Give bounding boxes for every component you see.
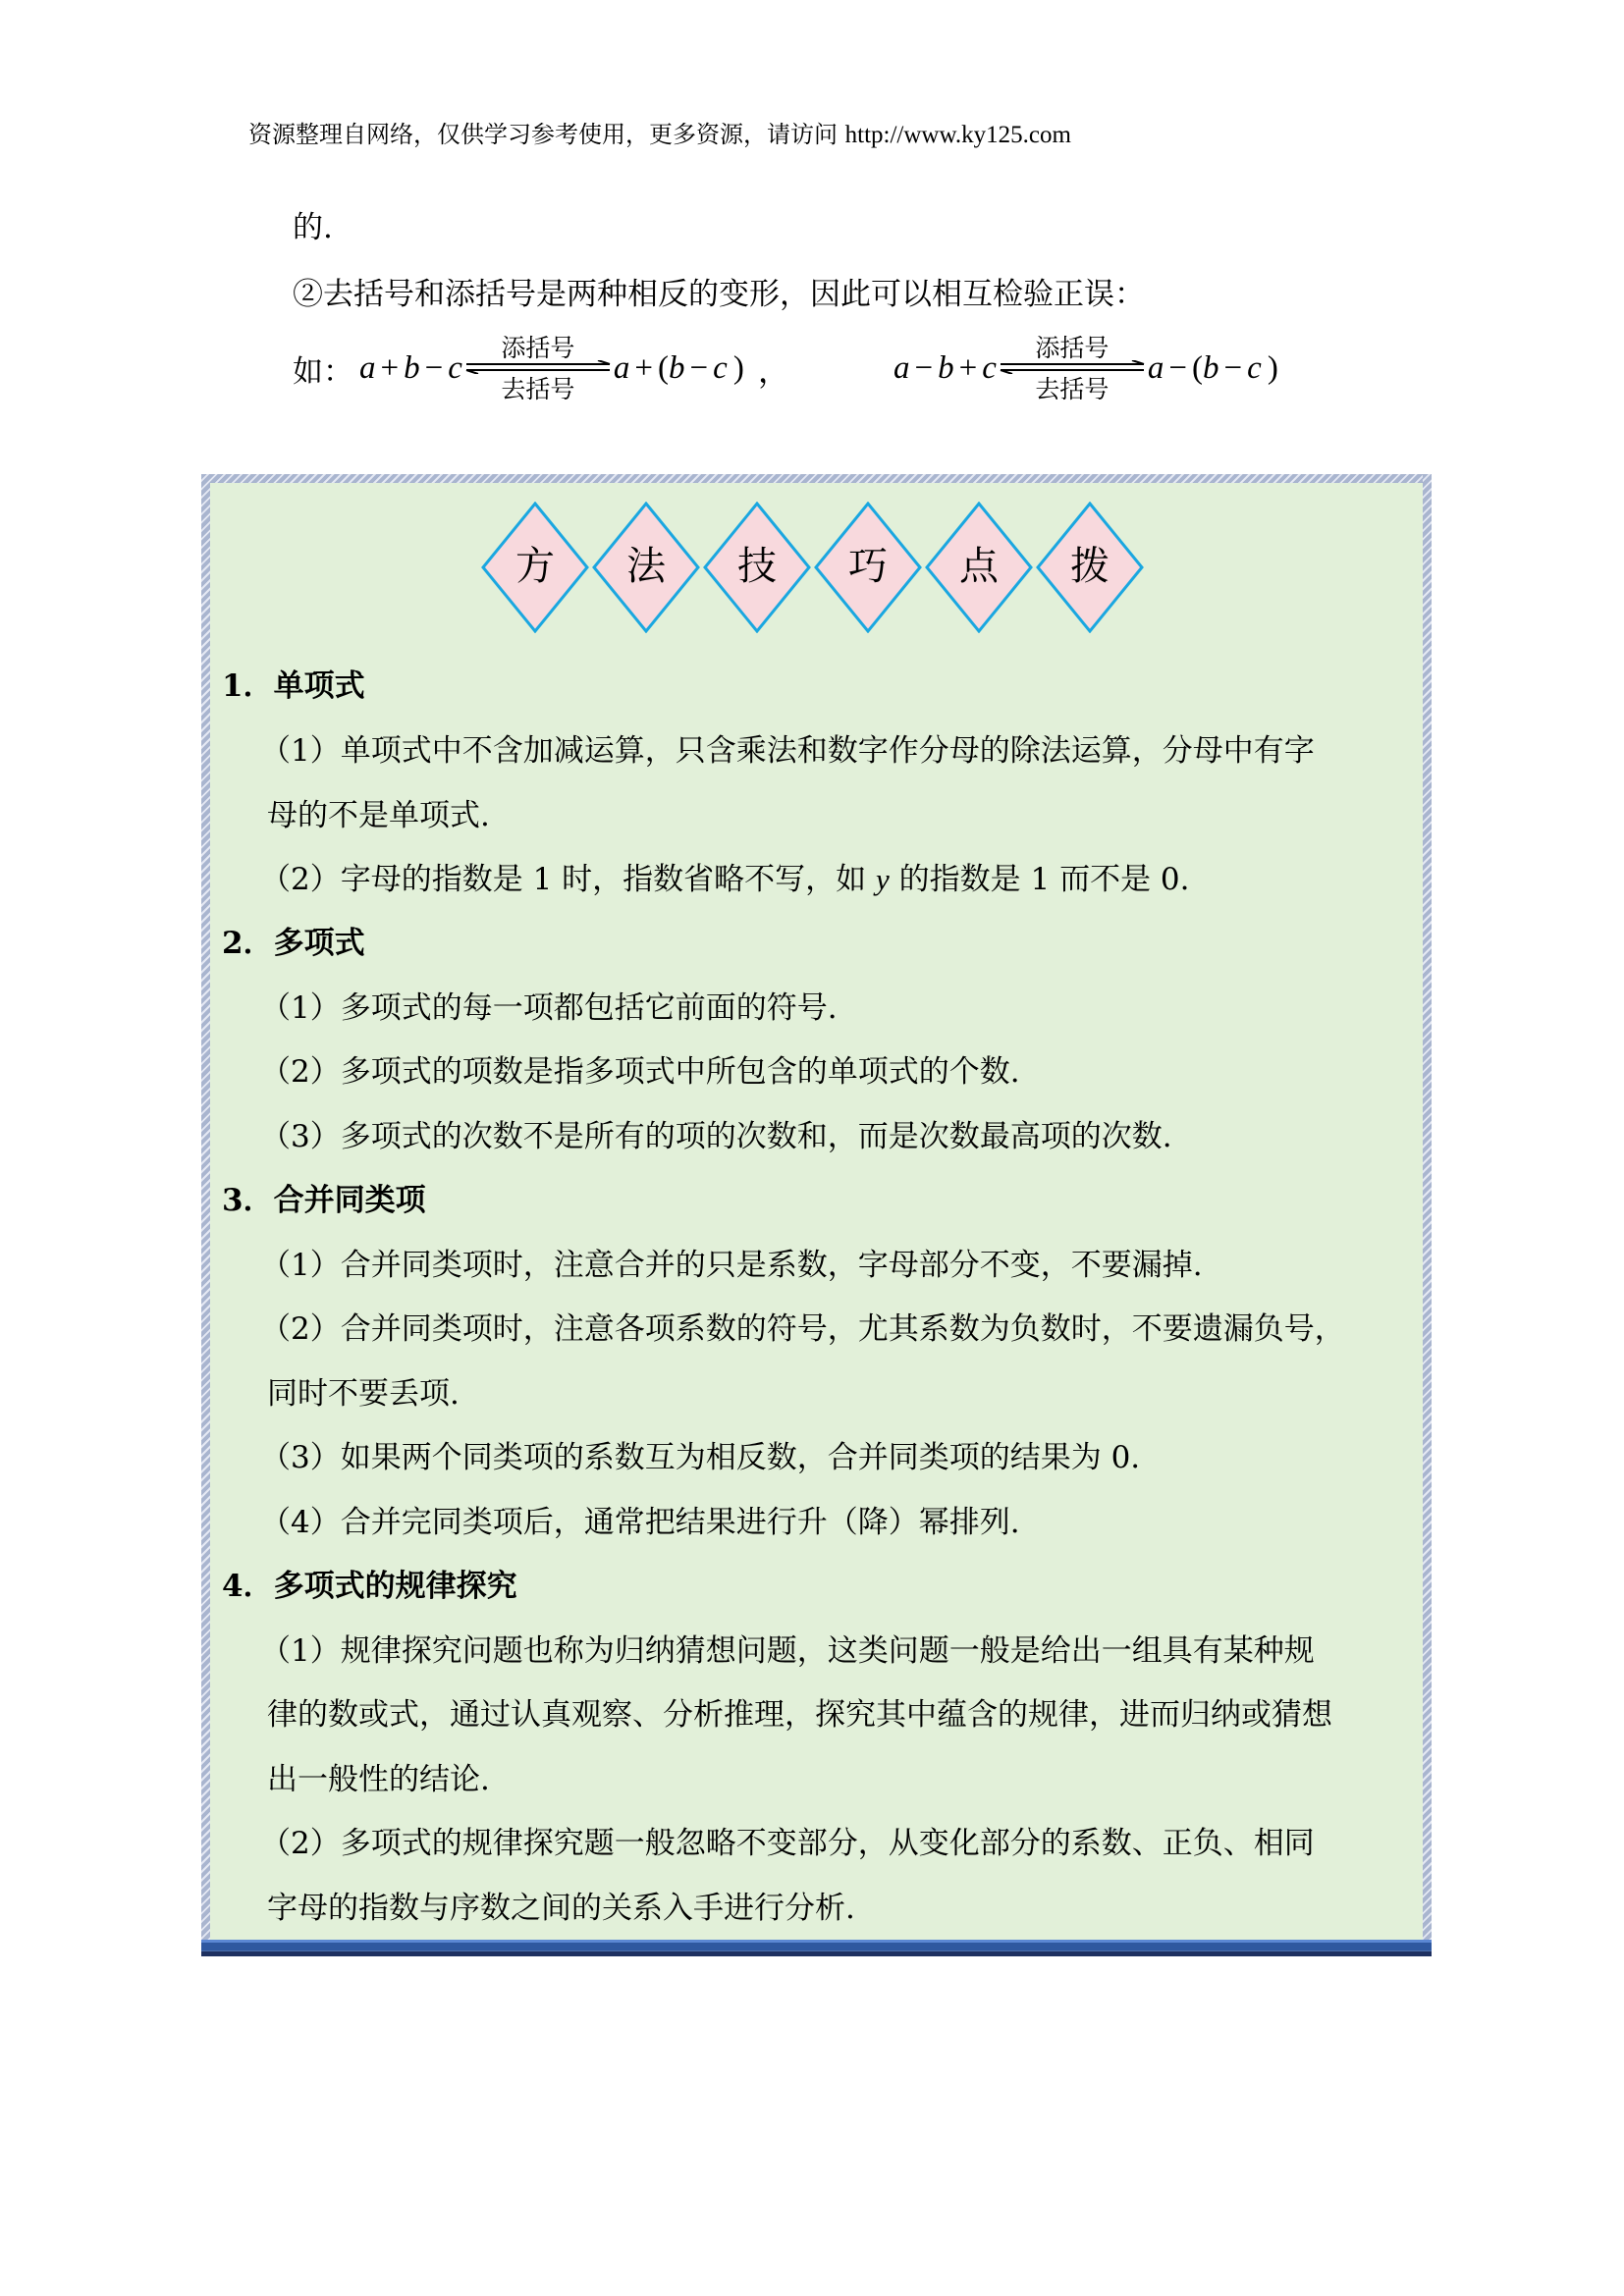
title-char: 方 [481, 543, 589, 590]
title-char: 法 [592, 543, 700, 590]
double-arrow: 添括号 去括号 [999, 329, 1146, 407]
tip-line: （2）合并同类项时，注意各项系数的符号，尤其系数为负数时，不要遗漏负号， [260, 1309, 1345, 1349]
tip-line: 母的不是单项式. [267, 796, 490, 835]
title-char: 巧 [814, 543, 922, 590]
formula-op: − [685, 350, 714, 387]
title-diamond: 巧 [814, 502, 922, 633]
formula-op: − [420, 350, 449, 387]
title-char: 技 [703, 543, 811, 590]
tip-text: （2）字母的指数是 1 时，指数省略不写，如 [260, 862, 876, 897]
formula-var: a [359, 350, 376, 387]
equilibrium-arrow-icon [464, 360, 612, 374]
tip-line: （2）字母的指数是 1 时，指数省略不写，如 y 的指数是 1 而不是 0. [260, 860, 1190, 899]
title-diamond: 法 [592, 502, 700, 633]
formula-op: − [1219, 350, 1248, 387]
formula-op: − [1164, 350, 1192, 387]
arrow-top-label: 添括号 [999, 335, 1146, 362]
formula-var: c [713, 350, 728, 387]
tip-line: 同时不要丢项. [267, 1374, 460, 1414]
tip-text: 的指数是 1 而不是 0. [890, 862, 1190, 897]
formula-op: − [910, 350, 939, 387]
tip-line: （1）单项式中不含加减运算，只含乘法和数字作分母的除法运算，分母中有字 [260, 731, 1315, 771]
tip-line: （1）多项式的每一项都包括它前面的符号. [260, 988, 838, 1028]
formula-paren: ( [1192, 350, 1203, 387]
arrow-bottom-label: 去括号 [999, 376, 1146, 403]
arrow-bottom-label: 去括号 [464, 376, 612, 403]
tip-line: （4）合并完同类项后，通常把结果进行升（降）幂排列. [260, 1503, 1020, 1542]
double-arrow: 添括号 去括号 [464, 329, 612, 407]
formula-2: a − b + c 添括号 去括号 a − ( b − c ) [893, 329, 1278, 407]
section-heading-combine-like-terms: 3．合并同类项 [222, 1181, 426, 1220]
formula-paren: ) [1262, 350, 1278, 387]
header-note: 资源整理自网络，仅供学习参考使用，更多资源，请访问 http://www.ky1… [248, 120, 1071, 150]
method-tips-box: 方 法 技 巧 点 拨 1．单项式 （1）单项式中不含加减运算，只含乘法和数字作… [201, 474, 1432, 1949]
formula-var: b [669, 350, 685, 387]
arrow-top-label: 添括号 [464, 335, 612, 362]
formula-var: b [404, 350, 420, 387]
section-heading-monomial: 1．单项式 [222, 667, 365, 706]
title-diamond: 技 [703, 502, 811, 633]
hatched-border-top [201, 474, 1432, 483]
formula-comma: ， [744, 346, 790, 392]
formula-var: c [982, 350, 997, 387]
section-heading-polynomial: 2．多项式 [222, 924, 365, 963]
equilibrium-arrow-icon [999, 360, 1146, 374]
formula-var: a [1148, 350, 1164, 387]
formula-1: a + b − c 添括号 去括号 a + ( b − c ) ， [359, 329, 790, 407]
tip-line: 出一般性的结论. [267, 1760, 490, 1799]
formula-op: + [954, 350, 983, 387]
tip-line: （1）合并同类项时，注意合并的只是系数，字母部分不变，不要漏掉. [260, 1246, 1203, 1285]
tip-line: （2）多项式的项数是指多项式中所包含的单项式的个数. [260, 1052, 1020, 1092]
header-note-url[interactable]: http://www.ky125.com [845, 122, 1071, 148]
header-note-text: 资源整理自网络，仅供学习参考使用，更多资源，请访问 [248, 121, 845, 148]
title-diamond: 拨 [1036, 502, 1144, 633]
formula-var: c [448, 350, 462, 387]
example-lead: 如： [293, 347, 353, 391]
title-char: 点 [925, 543, 1033, 590]
tip-line: （3）多项式的次数不是所有的项的次数和，而是次数最高项的次数. [260, 1117, 1172, 1156]
title-diamond: 点 [925, 502, 1033, 633]
formula-paren: ) [728, 350, 744, 387]
section-title-diamonds: 方 法 技 巧 点 拨 [481, 502, 1168, 633]
formula-paren: ( [658, 350, 669, 387]
formula-examples: 如： a + b − c 添括号 去括号 a + ( b − c ) ， a −… [293, 329, 1373, 407]
tip-line: 律的数或式，通过认真观察、分析推理，探究其中蕴含的规律，进而归纳或猜想 [267, 1695, 1332, 1735]
intro-line-1: 的. [293, 208, 333, 247]
formula-op: + [376, 350, 405, 387]
hatched-border-right [1423, 474, 1432, 1949]
formula-var: a [614, 350, 630, 387]
title-char: 拨 [1036, 543, 1144, 590]
formula-var: b [1203, 350, 1219, 387]
intro-line-2: ②去括号和添括号是两种相反的变形，因此可以相互检验正误： [293, 275, 1145, 314]
tip-line: （2）多项式的规律探究题一般忽略不变部分，从变化部分的系数、正负、相同 [260, 1824, 1315, 1863]
hatched-border-left [201, 474, 210, 1949]
math-variable: y [876, 862, 890, 896]
formula-var: b [938, 350, 954, 387]
section-heading-pattern-exploration: 4．多项式的规律探究 [222, 1567, 517, 1606]
tips-box-bottom-bar [201, 1940, 1432, 1956]
tip-line: （1）规律探究问题也称为归纳猜想问题，这类问题一般是给出一组具有某种规 [260, 1631, 1315, 1671]
title-diamond: 方 [481, 502, 589, 633]
tip-line: 字母的指数与序数之间的关系入手进行分析. [267, 1889, 855, 1928]
formula-var: c [1247, 350, 1262, 387]
tip-line: （3）如果两个同类项的系数互为相反数，合并同类项的结果为 0. [260, 1438, 1140, 1477]
formula-op: + [629, 350, 658, 387]
formula-var: a [893, 350, 910, 387]
